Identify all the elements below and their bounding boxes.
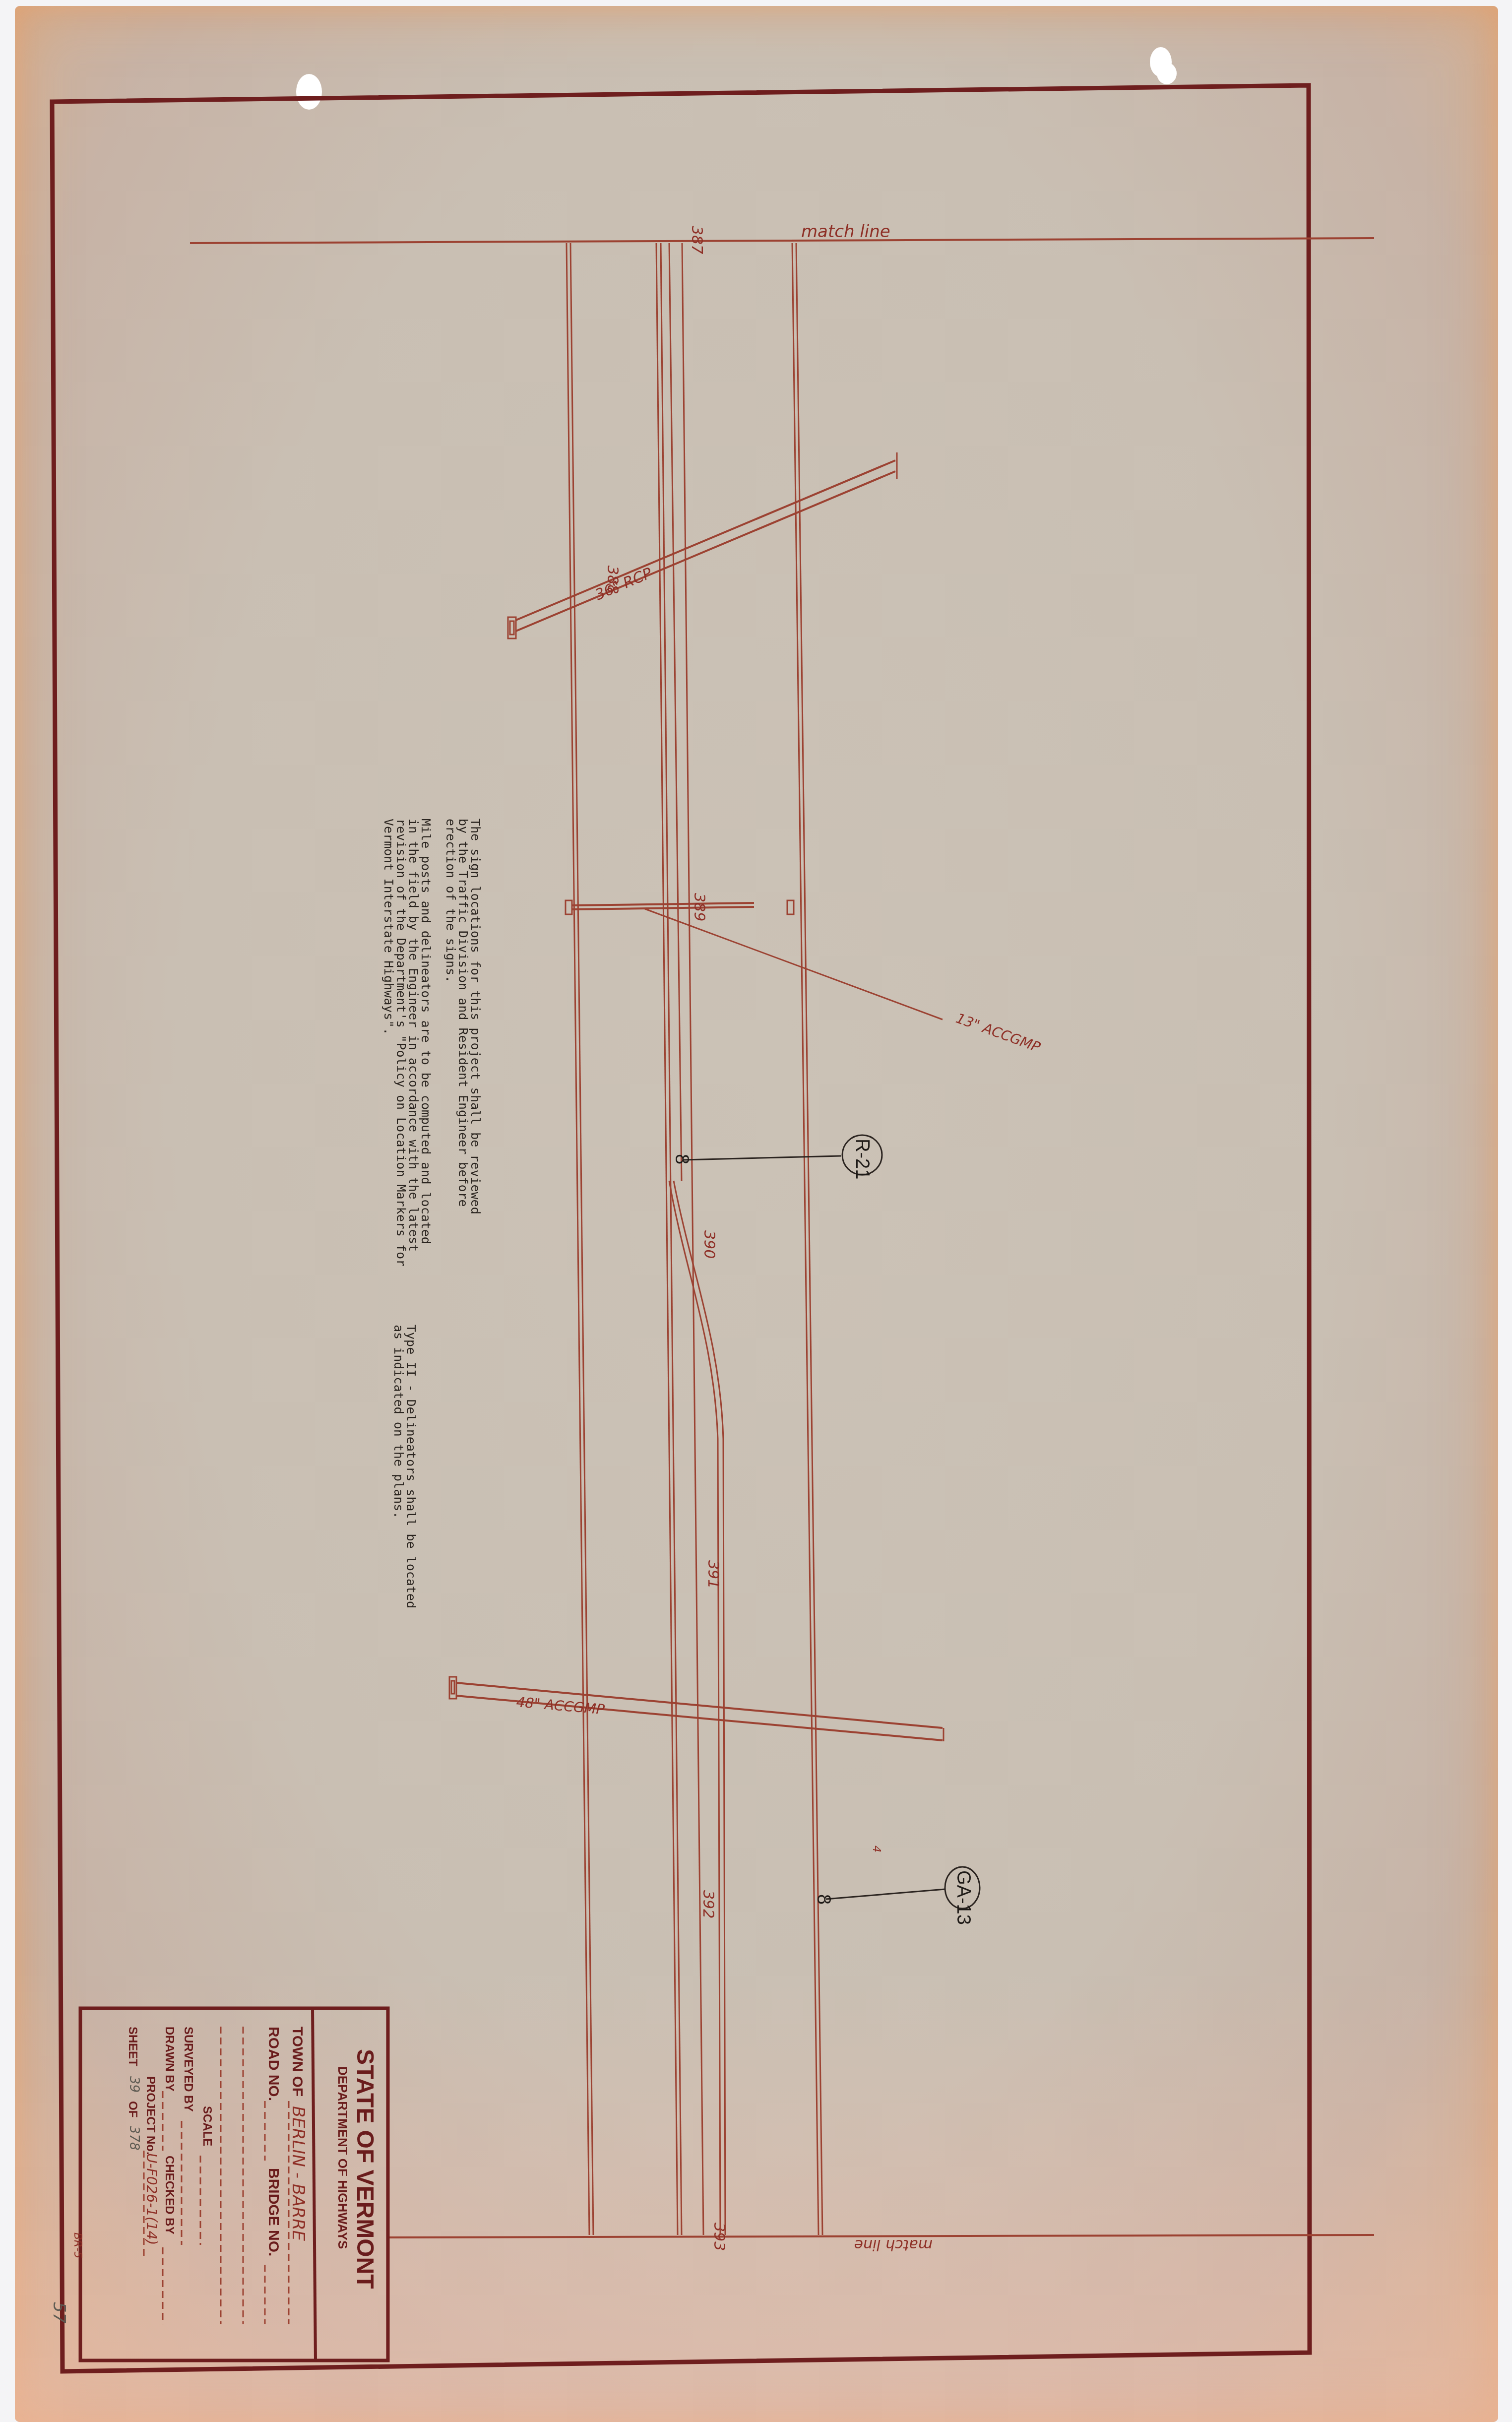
punch-hole bbox=[1157, 63, 1177, 84]
project-number-value: U-F026-1(14) bbox=[143, 2153, 160, 2245]
note-line: as indicated on the plans. bbox=[391, 1325, 406, 1519]
sign-ga13: GA-13 8 392 4 bbox=[699, 1846, 980, 1925]
sheet-of-label: OF bbox=[126, 2101, 139, 2117]
station-label-390: 390 bbox=[700, 1230, 718, 1259]
culvert-48-accgmp: 48" ACCGMP bbox=[449, 1677, 944, 1741]
punch-hole bbox=[296, 74, 322, 110]
match-line-label: match line bbox=[801, 222, 890, 242]
title-fields: TOWN OF BERLIN - BARRE ROAD NO. BRIDGE N… bbox=[126, 2027, 308, 2324]
checked-by-label: CHECKED BY bbox=[163, 2156, 176, 2234]
delineator-note: Type II - Delineators shall be located a… bbox=[391, 1325, 418, 1608]
roadway-lines bbox=[567, 243, 822, 2235]
culvert-label: 36" RCP bbox=[592, 564, 655, 604]
general-notes: The sign locations for this project shal… bbox=[381, 819, 483, 1267]
project-number-label: PROJECT No. bbox=[144, 2076, 157, 2155]
scale-label: SCALE bbox=[200, 2106, 214, 2146]
station-label-389: 389 bbox=[691, 893, 708, 921]
note-line: erection of the signs. bbox=[443, 819, 458, 983]
match-line-bottom: match line 393 bbox=[389, 2223, 1374, 2253]
title-department: DEPARTMENT OF HIGHWAYS bbox=[335, 2066, 350, 2249]
title-block: STATE OF VERMONT DEPARTMENT OF HIGHWAYS … bbox=[80, 2008, 388, 2360]
br-mark: BR-5 bbox=[71, 2232, 84, 2258]
sheet-border bbox=[52, 85, 1310, 2371]
match-line-top: match line 387 bbox=[190, 222, 1374, 254]
road-label: ROAD NO. bbox=[265, 2027, 282, 2101]
sign-r21: R-21 8 390 bbox=[671, 1135, 882, 1259]
station-label-391: 391 bbox=[704, 1560, 722, 1589]
note-line: Vermont Interstate Highways". bbox=[381, 819, 396, 1035]
drawn-by-label: DRAWN BY bbox=[163, 2027, 176, 2092]
culvert-label: 13" ACCGMP bbox=[954, 1010, 1043, 1056]
match-line-label: match line bbox=[854, 2236, 933, 2253]
town-value: BERLIN - BARRE bbox=[288, 2106, 308, 2241]
sheet-label: SHEET bbox=[126, 2027, 139, 2066]
highway-plan-drawing: match line 387 match line 393 36" RCP 38… bbox=[0, 0, 1512, 2422]
sign-code-label: GA-13 bbox=[953, 1870, 974, 1925]
culvert-36-rcp: 36" RCP 388 bbox=[508, 452, 897, 638]
bridge-label: BRIDGE NO. bbox=[265, 2168, 282, 2256]
stray-mark: 4 bbox=[870, 1846, 882, 1852]
sign-code-label: R-21 bbox=[852, 1139, 873, 1179]
delineator-post-mark: 8 bbox=[671, 1154, 692, 1164]
sheet-number: 39 bbox=[126, 2076, 141, 2093]
delineator-post-mark: 8 bbox=[813, 1894, 834, 1905]
station-label-392: 392 bbox=[699, 1890, 717, 1918]
page-number-mark: 57 bbox=[49, 2302, 69, 2324]
title-state: STATE OF VERMONT bbox=[352, 2049, 378, 2289]
surveyed-by-label: SURVEYED BY bbox=[182, 2027, 195, 2112]
town-label: TOWN OF bbox=[289, 2027, 306, 2097]
culvert-13-accgmp: 13" ACCGMP 389 bbox=[566, 893, 1043, 1056]
station-label-388: 388 bbox=[604, 566, 621, 594]
culvert-label: 48" ACCGMP bbox=[515, 1694, 605, 1718]
station-label-387: 387 bbox=[688, 226, 705, 254]
sheet-total: 378 bbox=[126, 2126, 141, 2151]
